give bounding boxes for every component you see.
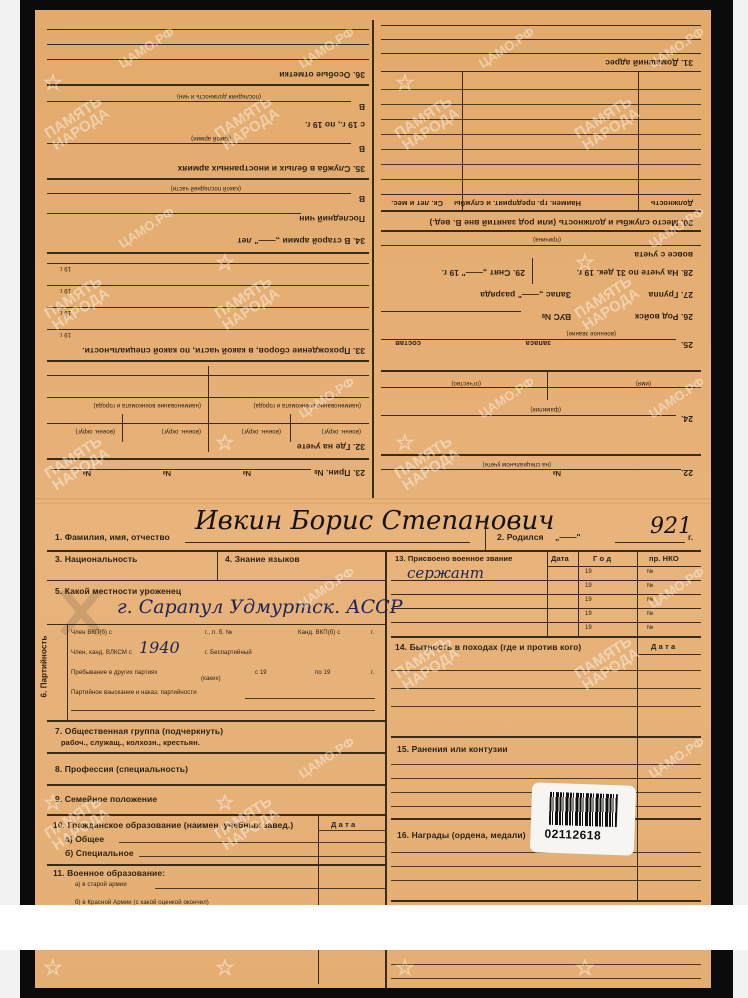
rule <box>318 830 385 831</box>
rule <box>381 230 701 232</box>
f13-order: № <box>647 611 654 617</box>
f29-hint: (причина) <box>533 236 561 242</box>
f13-col-year: Г о д <box>593 554 611 563</box>
f11-label: 11. Военное образование: <box>53 868 165 878</box>
f32-rvk-hint: (наименование военкомата и города) <box>93 402 201 408</box>
f14-label: 14. Бытность в походах (где и против ког… <box>395 642 581 652</box>
rule <box>47 814 385 816</box>
f30-col-line <box>462 72 463 212</box>
rule <box>381 89 701 90</box>
f15-label: 15. Ранения или контузии <box>397 744 508 754</box>
f11-a: а) в старой армии <box>75 882 127 888</box>
rule-v <box>318 814 319 984</box>
f35-label: 35. Служба в белых и иностранных армиях <box>178 164 365 174</box>
rule-v <box>122 414 123 442</box>
f32-label: 32. Где на учете <box>297 442 365 452</box>
f22-label: 22. <box>681 468 693 478</box>
f10-a: а) Общее <box>65 834 104 844</box>
f28-label: 28. На учете по 31 дек. 19 г. <box>577 268 693 278</box>
f7-options: рабоч., служащ., колхозн., крестьян. <box>61 738 200 747</box>
rule <box>391 978 701 979</box>
rule <box>47 213 301 214</box>
f16-label: 16. Награды (ордена, медали) <box>397 830 526 840</box>
f7-label: 7. Общественная группа (подчеркнуть) <box>55 726 223 736</box>
f33-row: 19 г. <box>59 265 71 271</box>
f5-value-handwritten: г. Сарапул Удмуртск. АССР <box>117 596 402 618</box>
f36-label: 36. Особые отметки <box>279 70 365 80</box>
rule <box>391 636 701 638</box>
f13-order: № <box>647 625 654 631</box>
f33-row: 19 г. <box>59 331 71 337</box>
f10-b: б) Специальное <box>65 848 134 858</box>
f3-label: 3. Национальность <box>55 554 137 564</box>
rule <box>119 842 385 843</box>
rule <box>381 370 701 372</box>
f23-no: № <box>163 469 171 478</box>
f2-year-handwritten: 921 <box>650 514 692 539</box>
rule <box>47 178 369 180</box>
barcode-icon <box>549 792 618 827</box>
rule <box>47 784 385 786</box>
f26-line <box>381 311 521 312</box>
f32-hint: (военн. округ) <box>241 428 281 434</box>
f6-other-suffix: г. <box>371 670 374 676</box>
rule <box>391 670 701 671</box>
f6-member: Член ВКП(б) с <box>71 630 112 636</box>
f24-hint-name: (имя) <box>636 380 651 386</box>
f35-b2: В <box>359 102 365 112</box>
rule <box>47 252 369 254</box>
rule <box>47 550 701 552</box>
f2-label: 2. Родился <box>497 532 544 542</box>
f13-year: 19 <box>585 611 592 617</box>
f35-period: с 19 г., по 19 г. <box>305 120 365 130</box>
f22-line <box>381 469 681 470</box>
rule <box>391 594 701 595</box>
f6-other-from: с 19 <box>255 670 267 676</box>
f10-label: 10. Гражданское образование (наимен. уче… <box>53 820 293 830</box>
f2-day: „——" <box>555 532 581 542</box>
f2-suffix: г. <box>688 532 693 542</box>
f13-year: 19 <box>585 625 592 631</box>
f14-date-header: Д а т а <box>651 642 675 651</box>
f6-candidate-suffix: г. <box>371 630 374 636</box>
f8-label: 8. Профессия (специальность) <box>55 764 188 774</box>
f25-label: 25. <box>681 340 693 350</box>
f33-label: 33. Прохождение сборов, в какой части, п… <box>82 346 365 356</box>
f6-label: 6. Партийность <box>39 636 48 698</box>
f28-split <box>532 258 533 284</box>
rule <box>381 134 701 135</box>
rule <box>47 84 369 86</box>
f24-split <box>547 372 548 400</box>
rule <box>139 856 385 857</box>
rule <box>391 688 701 689</box>
f13-order: № <box>647 583 654 589</box>
rule <box>47 143 351 144</box>
rule <box>47 423 369 424</box>
rule <box>47 307 369 308</box>
f6-komsomol-year-handwritten: 1940 <box>139 638 180 657</box>
rule <box>391 580 701 581</box>
f32-hint: (военн. округ) <box>75 428 115 434</box>
rule-v <box>485 518 486 550</box>
f34-rank: Последний чин <box>299 214 365 224</box>
rule <box>381 210 701 212</box>
f4-label: 4. Знание языков <box>225 554 300 564</box>
f30-col-duration: Ск. лет и мес. <box>391 199 443 208</box>
rule <box>47 329 369 330</box>
f32-rvk-hint: (наименование военкомата и города) <box>253 402 361 408</box>
f30-col-line <box>638 72 639 212</box>
f23-label: 23. Прин. № <box>314 468 365 478</box>
f30-col-employer: Наимен. гр. предприят. и службы <box>454 199 581 208</box>
f13-order: № <box>647 569 654 575</box>
f13-order: № <box>647 597 654 603</box>
rule <box>47 720 385 722</box>
rule <box>47 624 385 625</box>
rule <box>47 375 369 376</box>
f6-other-hint: (каких) <box>201 676 221 682</box>
f35-hint: (какой армии) <box>191 135 231 141</box>
rule <box>47 285 369 286</box>
rule <box>391 706 701 707</box>
f30-col-position: Должность <box>651 199 693 208</box>
f33-row: 19 г. <box>59 287 71 293</box>
rule <box>71 710 375 711</box>
rule <box>381 39 701 40</box>
rule <box>245 698 375 699</box>
rule <box>381 119 701 120</box>
archive-barcode-label: 02112618 <box>530 782 636 856</box>
f1-label: 1. Фамилия, имя, отчество <box>55 532 170 542</box>
rule <box>391 764 701 765</box>
f13-year: 19 <box>585 597 592 603</box>
rule <box>391 736 701 738</box>
f32-hint: (военн. округ) <box>321 428 361 434</box>
f33-row: 19 г. <box>59 309 71 315</box>
rule <box>381 25 701 26</box>
rule-v <box>637 636 638 736</box>
rule <box>381 387 701 388</box>
rule <box>47 193 351 194</box>
rule <box>381 71 701 72</box>
f5-label: 5. Какой местности уроженец <box>55 586 181 596</box>
rule <box>47 263 369 264</box>
f10-date-header: Д а т а <box>331 820 355 829</box>
rule <box>637 654 701 655</box>
rule <box>391 608 701 609</box>
rule <box>47 864 385 866</box>
f25-rank-hint: (военное звание) <box>566 330 616 336</box>
f35-hint: (последняя должность и чин) <box>177 93 261 99</box>
rule <box>391 866 701 867</box>
rule <box>381 164 701 165</box>
f24-label: 24. <box>681 414 693 424</box>
column-divider <box>372 20 374 500</box>
f23-no: № <box>83 469 91 478</box>
f24-hint-patronymic: (отчество) <box>451 380 481 386</box>
f1-line <box>185 542 470 543</box>
f13-year: 19 <box>585 583 592 589</box>
rule <box>391 900 701 902</box>
f27-label: 27. Группа <box>649 290 693 300</box>
f13-label: 13. Присвоено военное звание <box>395 554 512 563</box>
rule <box>155 888 385 889</box>
rule <box>381 179 701 180</box>
f25-reserve: запаса <box>525 339 551 348</box>
rule <box>381 149 701 150</box>
rule <box>381 245 701 246</box>
rule <box>47 458 369 460</box>
f6-komsomol-suffix: г. Беспартийный <box>205 650 252 656</box>
rule <box>47 59 369 60</box>
barcode-number: 02112618 <box>544 827 601 843</box>
card-upper-half-inverted: 22. № (на специальном учете) 24. (фамили… <box>35 10 711 500</box>
f6-candidate: Канд. ВКП(б) с <box>298 630 340 636</box>
f29-removed: вовсе с учета <box>634 250 693 260</box>
rule <box>381 104 701 105</box>
rule <box>547 566 701 567</box>
rule <box>391 622 701 623</box>
f29-label: 29. Снят „——" 19 г. <box>442 268 525 278</box>
rule-v <box>208 366 209 452</box>
rule <box>47 29 369 30</box>
f34-b: В <box>359 194 365 204</box>
rule <box>381 194 701 195</box>
rule <box>47 101 351 102</box>
rule <box>47 360 369 362</box>
f23-no: № <box>243 469 251 478</box>
f24-line <box>381 415 676 416</box>
rule <box>391 880 701 881</box>
f24-hint-surname: (фамилия) <box>530 406 561 412</box>
rule-v <box>290 414 291 442</box>
f34-hint: (какой последней части) <box>171 185 241 191</box>
f32-hint: (военн. округ) <box>161 428 201 434</box>
f13-year: 19 <box>585 569 592 575</box>
rule <box>391 964 701 965</box>
f22-hint: (на специальном учете) <box>482 461 551 467</box>
f34-label: 34. В старой армии „——" лет <box>237 236 365 246</box>
blank-band <box>0 905 748 950</box>
f6-other-parties: Пребывание в других партиях <box>71 670 157 676</box>
f6-komsomol: Член, канд. ВЛКСМ с <box>71 650 132 656</box>
rule-v <box>67 624 68 720</box>
f2-line <box>615 542 685 543</box>
rule <box>381 53 701 54</box>
f31-label: 31. Домашний адрес <box>605 58 693 68</box>
f6-penalties: Партийное взыскание и наказ. партийности <box>71 690 197 696</box>
f6-member-year: г., п. б. № <box>205 630 232 636</box>
rule <box>47 752 385 754</box>
f30-label: 30. Место службы и должность (или род за… <box>429 218 693 228</box>
rule <box>381 454 701 456</box>
rule <box>391 778 701 779</box>
f22-no: № <box>553 469 561 478</box>
rule-v <box>217 550 218 580</box>
rule <box>47 397 369 398</box>
rule <box>47 580 385 581</box>
f6-other-to: по 19 <box>315 670 330 676</box>
f25-staff: состав <box>395 339 421 348</box>
f13-col-order: пр. НКО <box>649 554 679 563</box>
f26-label: 26. Род войск <box>635 312 693 322</box>
rule <box>47 44 369 45</box>
f35-b1: В <box>359 144 365 154</box>
f27-reserve: Запас „——" разряда <box>480 290 571 300</box>
f26-vus: ВУС № <box>541 312 571 322</box>
f13-col-date: Дата <box>551 554 569 563</box>
f9-label: 9. Семейное положение <box>55 794 157 804</box>
